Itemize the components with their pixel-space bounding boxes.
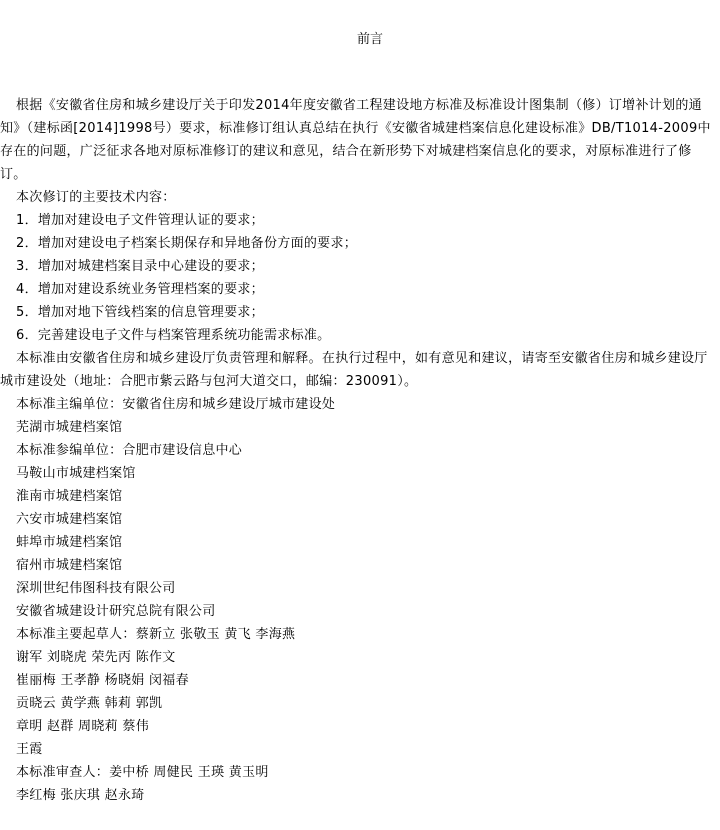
reviewers-line: 本标准审查人：姜中桥 周健民 王瑛 黄玉明 xyxy=(0,761,714,784)
participating-unit: 安徽省城建设计研究总院有限公司 xyxy=(0,600,714,623)
document-body: 根据《安徽省住房和城乡建设厅关于印发2014年度安徽省工程建设地方标准及标准设计… xyxy=(0,94,714,807)
drafters-line: 本标准主要起草人：蔡新立 张敬玉 黄飞 李海燕 xyxy=(0,623,714,646)
page-title: 前言 xyxy=(0,31,720,49)
participating-unit: 深圳世纪伟图科技有限公司 xyxy=(0,577,714,600)
participating-unit: 淮南市城建档案馆 xyxy=(0,485,714,508)
revision-heading: 本次修订的主要技术内容： xyxy=(0,186,714,209)
editor-unit: 芜湖市城建档案馆 xyxy=(0,416,714,439)
revision-item: 1．增加对建设电子文件管理认证的要求； xyxy=(0,209,714,232)
participating-unit: 六安市城建档案馆 xyxy=(0,508,714,531)
participating-unit: 宿州市城建档案馆 xyxy=(0,554,714,577)
revision-item: 2．增加对建设电子档案长期保存和异地备份方面的要求； xyxy=(0,232,714,255)
participating-unit: 蚌埠市城建档案馆 xyxy=(0,531,714,554)
chief-editor-unit: 本标准主编单位：安徽省住房和城乡建设厅城市建设处 xyxy=(0,393,714,416)
revision-item: 4．增加对建设系统业务管理档案的要求； xyxy=(0,278,714,301)
drafters-line: 王霞 xyxy=(0,738,714,761)
revision-item: 6．完善建设电子文件与档案管理系统功能需求标准。 xyxy=(0,324,714,347)
reviewers-line: 李红梅 张庆琪 赵永琦 xyxy=(0,784,714,807)
intro-paragraph: 根据《安徽省住房和城乡建设厅关于印发2014年度安徽省工程建设地方标准及标准设计… xyxy=(0,94,714,186)
participating-unit: 本标准参编单位：合肥市建设信息中心 xyxy=(0,439,714,462)
drafters-line: 贡晓云 黄学燕 韩莉 郭凯 xyxy=(0,692,714,715)
revision-item: 3．增加对城建档案目录中心建设的要求； xyxy=(0,255,714,278)
drafters-line: 章明 赵群 周晓莉 蔡伟 xyxy=(0,715,714,738)
revision-item: 5．增加对地下管线档案的信息管理要求； xyxy=(0,301,714,324)
drafters-line: 崔丽梅 王孝静 杨晓娟 闵福春 xyxy=(0,669,714,692)
participating-unit: 马鞍山市城建档案馆 xyxy=(0,462,714,485)
management-paragraph: 本标准由安徽省住房和城乡建设厅负责管理和解释。在执行过程中，如有意见和建议，请寄… xyxy=(0,347,714,393)
drafters-line: 谢军 刘晓虎 荣先丙 陈作文 xyxy=(0,646,714,669)
